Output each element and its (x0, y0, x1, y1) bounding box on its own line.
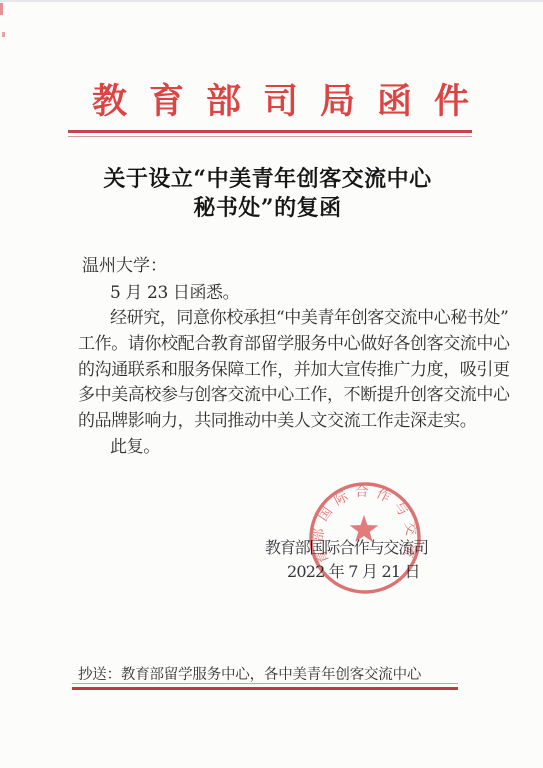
body-line: 多中美高校参与创客交流中心工作，不断提升创客交流中心 (78, 380, 510, 405)
addressee: 温州大学： (82, 251, 167, 276)
body-line: 的品牌影响力，共同推动中美人文交流工作走深走实。 (78, 406, 476, 431)
letterhead-rule-thin (68, 136, 472, 137)
document-title-line2: 秘书处”的复函 (0, 194, 539, 223)
official-letter-page: 教育部司局函件 关于设立“中美青年创客交流中心 秘书处”的复函 温州大学： 5 … (0, 0, 543, 768)
letterhead-rule-thick (68, 130, 472, 133)
body-line: 工作。请你校配合教育部留学服务中心做好各创客交流中心 (78, 329, 510, 354)
official-seal: 教育部国际合作与交流司 (307, 480, 423, 596)
body-line: 的沟通联系和服务保障工作，并加大宣传推广力度，吸引更 (78, 355, 510, 380)
body-line: 经研究，同意你校承担“中美青年创客交流中心秘书处” (110, 303, 508, 328)
footer-rule-thin (72, 683, 458, 684)
letterhead-title: 教育部司局函件 (92, 74, 491, 124)
document-title: 关于设立“中美青年创客交流中心 秘书处”的复函 (0, 165, 539, 222)
footer-rule-thick (72, 687, 458, 690)
cc-recipients: 抄送：教育部留学服务中心，各中美青年创客交流中心 (78, 663, 421, 684)
body-line: 5 月 23 日函悉。 (110, 278, 239, 303)
body-line: 此复。 (110, 432, 160, 457)
document-title-line1: 关于设立“中美青年创客交流中心 (0, 165, 539, 194)
star-icon (350, 515, 379, 542)
scan-red-mark (0, 3, 3, 15)
scan-red-mark (2, 32, 5, 37)
scan-edge-artifact (0, 0, 543, 2)
